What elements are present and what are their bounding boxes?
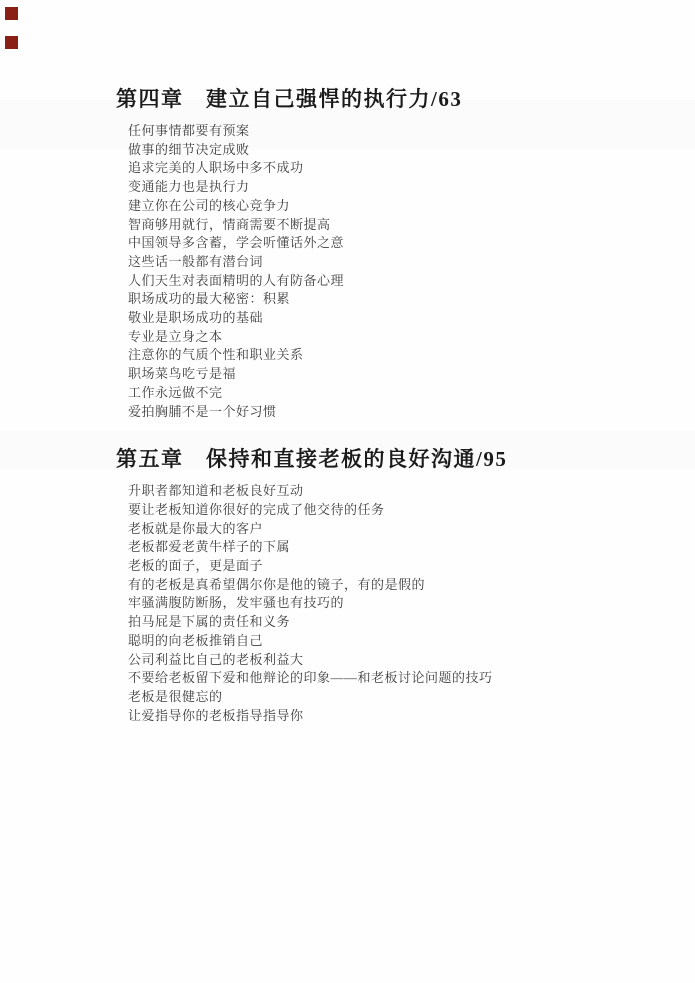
toc-entry: 任何事情都要有预案 bbox=[128, 122, 656, 141]
toc-entry: 让爱指导你的老板指导指导你 bbox=[128, 707, 656, 726]
red-scan-artifact-mark-bottom bbox=[5, 36, 18, 49]
toc-chapter: 第四章 建立自己强悍的执行力/63 任何事情都要有预案 做事的细节决定成败 追求… bbox=[116, 84, 656, 421]
toc-entry: 职场菜鸟吃亏是福 bbox=[128, 365, 656, 384]
chapter-heading: 第四章 建立自己强悍的执行力/63 bbox=[116, 84, 656, 114]
document-page: 第四章 建立自己强悍的执行力/63 任何事情都要有预案 做事的细节决定成败 追求… bbox=[0, 0, 695, 983]
toc-entry: 老板就是你最大的客户 bbox=[128, 520, 656, 539]
toc-entry: 聪明的向老板推销自己 bbox=[128, 632, 656, 651]
red-scan-artifact-mark-top bbox=[5, 7, 18, 20]
toc-entry: 老板的面子，更是面子 bbox=[128, 557, 656, 576]
toc-entry: 升职者都知道和老板良好互动 bbox=[128, 482, 656, 501]
toc-entry: 做事的细节决定成败 bbox=[128, 141, 656, 160]
chapter-item-list: 升职者都知道和老板良好互动 要让老板知道你很好的完成了他交待的任务 老板就是你最… bbox=[116, 482, 656, 725]
toc-entry: 注意你的气质个性和职业关系 bbox=[128, 346, 656, 365]
toc-entry: 老板是很健忘的 bbox=[128, 688, 656, 707]
chapter-heading: 第五章 保持和直接老板的良好沟通/95 bbox=[116, 444, 656, 474]
toc-entry: 建立你在公司的核心竞争力 bbox=[128, 197, 656, 216]
toc-entry: 不要给老板留下爱和他辩论的印象——和老板讨论问题的技巧 bbox=[128, 669, 656, 688]
toc-entry: 爱拍胸脯不是一个好习惯 bbox=[128, 403, 656, 422]
toc-entry: 牢骚满腹防断肠，发牢骚也有技巧的 bbox=[128, 594, 656, 613]
toc-entry: 工作永远做不完 bbox=[128, 384, 656, 403]
toc-entry: 人们天生对表面精明的人有防备心理 bbox=[128, 272, 656, 291]
toc-entry: 老板都爱老黄牛样子的下属 bbox=[128, 538, 656, 557]
toc-entry: 职场成功的最大秘密：积累 bbox=[128, 290, 656, 309]
toc-entry: 这些话一般都有潜台词 bbox=[128, 253, 656, 272]
toc-entry: 公司利益比自己的老板利益大 bbox=[128, 651, 656, 670]
toc-chapter: 第五章 保持和直接老板的良好沟通/95 升职者都知道和老板良好互动 要让老板知道… bbox=[116, 444, 656, 725]
toc-entry: 有的老板是真希望偶尔你是他的镜子，有的是假的 bbox=[128, 576, 656, 595]
toc-entry: 拍马屁是下属的责任和义务 bbox=[128, 613, 656, 632]
toc-entry: 中国领导多含蓄，学会听懂话外之意 bbox=[128, 234, 656, 253]
toc-entry: 追求完美的人职场中多不成功 bbox=[128, 159, 656, 178]
chapter-item-list: 任何事情都要有预案 做事的细节决定成败 追求完美的人职场中多不成功 变通能力也是… bbox=[116, 122, 656, 421]
toc-entry: 要让老板知道你很好的完成了他交待的任务 bbox=[128, 501, 656, 520]
toc-entry: 变通能力也是执行力 bbox=[128, 178, 656, 197]
table-of-contents: 第四章 建立自己强悍的执行力/63 任何事情都要有预案 做事的细节决定成败 追求… bbox=[116, 84, 656, 725]
toc-entry: 敬业是职场成功的基础 bbox=[128, 309, 656, 328]
toc-entry: 智商够用就行，情商需要不断提高 bbox=[128, 216, 656, 235]
toc-entry: 专业是立身之本 bbox=[128, 328, 656, 347]
